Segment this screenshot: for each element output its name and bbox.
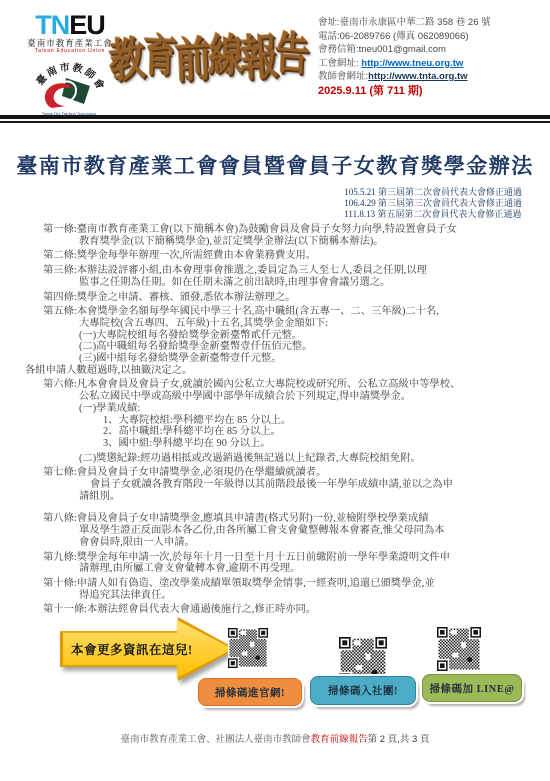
doc-line: 第七條:會員及會員子女申請獎學金,必須現仍在學繼續就讀者。 — [43, 467, 550, 479]
assoc-site-label: 教師會網址: — [318, 71, 368, 82]
contact-block: 會址:臺南市永康區中華二路 358 巷 26 號 電話:06-2089766 (… — [318, 16, 546, 98]
doc-line: 第二條:獎學金每學年辦理一次,所需經費由本會業務費支用。 — [43, 250, 550, 262]
header-divider — [0, 115, 550, 123]
document-body: 第一條:臺南市教育產業工會(以下簡稱本會)為鼓勵會員及會員子女努力向學,特設置會… — [0, 224, 550, 616]
doc-line: 第四條:獎學金之申請、審核、頒發,悉依本辦法辦理之。 — [43, 292, 550, 304]
doc-line: (一)學業成績: — [79, 403, 550, 415]
newsletter-page: TNEU 臺南市教育產業工會 Tainan Education Union 臺南… — [0, 0, 550, 781]
doc-line: (二)獎懲紀錄:經功過相抵或改過銷過後無記過以上紀錄者,大專院校組免附。 — [79, 453, 550, 465]
doc-line: 請辦理,由所屬工會支會彙轉本會,逾期不再受理。 — [79, 563, 550, 575]
more-info-arrow: 本會更多資訊在這兒! — [60, 617, 236, 681]
contact-phone: 電話:06-2089766 (傳真 062089066) — [318, 30, 546, 44]
doc-line: 各組申請人數超過時,以抽籤決定之。 — [25, 365, 550, 377]
qr-code-line — [436, 627, 482, 671]
issue-date: 2025.9.11 (第 711 期) — [318, 85, 546, 99]
doc-line: 第十一條:本辦法經會員代表大會通過後施行之,修正時亦同。 — [43, 604, 550, 616]
union-site-label: 工會網址: — [318, 58, 361, 69]
doc-line: 3、國中組:學科總平均在 90 分以上。 — [103, 438, 550, 450]
union-site-link[interactable]: http://www.tneu.org.tw — [361, 58, 463, 69]
doc-line: 大專院校(含五專四、五年級)十五名,其獎學金金額如下: — [79, 318, 550, 330]
union-site-row: 工會網址: http://www.tneu.org.tw — [318, 57, 546, 71]
amendment-history: 105.5.21 第三屆第二次會員代表大會修正通過 106.4.29 第三屆第三… — [344, 187, 522, 219]
doc-line: 1、大專院校組:學科總平均在 85 分以上。 — [103, 415, 550, 427]
doc-line: 會員子女就讀各教育階段一年級得以其前階段最後一年學年成績申請,並以之為申 — [90, 479, 550, 491]
assoc-site-link[interactable]: http://www.tnta.org.tw — [368, 71, 467, 82]
more-info-label: 本會更多資訊在這兒! — [71, 640, 193, 658]
doc-line: 會會員時,限由一人申請。 — [79, 537, 550, 549]
doc-line: 第六條:凡本會會員及會員子女,就讀於國內公私立大專院校或研究所、公私立高級中等學… — [43, 379, 550, 391]
contact-address: 會址:臺南市永康區中華二路 358 巷 26 號 — [318, 16, 546, 30]
teachers-association-logo: 臺南市教師會 Tainan City Teachers' Association — [26, 56, 112, 123]
scan-official-site-button[interactable]: 掃條碼進官網! — [198, 678, 302, 706]
doc-line: 第三條:本辦法設評審小組,由本會理事會推選之,委員定為三人至七人,委員之任期,以… — [43, 265, 550, 277]
amendment-line: 111.8.13 第五屆第二次會員代表大會修正通過 — [344, 209, 522, 220]
doc-line: 第五條:本會獎學金名額每學年國民中學三十名,高中職組(含五專一、二、三年級)二十… — [43, 306, 550, 318]
masthead-char: 線 — [208, 26, 235, 88]
doc-line: 公私立國民中學或高級中學國中部學年成績合於下列規定,得申請獎學金。 — [79, 391, 550, 403]
masthead-char: 報 — [239, 25, 271, 93]
scan-line-button[interactable]: 掃條碼加 LINE@ — [422, 674, 522, 702]
contact-email: 會務信箱:tneu001@gmail.com — [318, 43, 546, 57]
doc-line: 請組別。 — [79, 491, 550, 503]
doc-line: 第一條:臺南市教育產業工會(以下簡稱本會)為鼓勵會員及會員子女努力向學,特設置會… — [43, 224, 550, 236]
amendment-line: 105.5.21 第三屆第二次會員代表大會修正通過 — [344, 187, 522, 198]
masthead-title: 教育前線報告 — [105, 26, 316, 90]
masthead-char: 告 — [273, 23, 302, 86]
doc-line: 教育獎學金(以下簡稱獎學金),並訂定獎學金辦法(以下簡稱本辦法)。 — [79, 236, 550, 248]
page-footer: 臺南市教育產業工會、社團法人臺南市教師會教育前線報告第 2 頁,共 3 頁 — [0, 731, 550, 745]
masthead-char: 教 — [107, 29, 138, 95]
masthead-char: 育 — [142, 26, 169, 87]
doc-line: 第九條:獎學金每年申請一次,於每年十月一日至十月十五日前繳附前一學年學業證明文件… — [43, 552, 550, 564]
footer-report-name: 教育前線報告 — [311, 734, 368, 745]
assoc-site-row: 教師會網址:http://www.tnta.org.tw — [318, 70, 546, 84]
doc-line: (一)大專院校組每名發給獎學金新臺幣貳仟元整。 — [79, 330, 550, 342]
footer-orgs: 臺南市教育產業工會、社團法人臺南市教師會 — [121, 734, 311, 745]
doc-line: 得追究其法律責任。 — [79, 590, 550, 602]
scan-facebook-group-button[interactable]: 掃條碼入社團! — [310, 676, 416, 705]
doc-line: 單及學生證正反面影本各乙份,由各所屬工會支會彙整轉報本會審查,惟父母同為本 — [79, 525, 550, 537]
doc-line: 第八條:會員及會員子女申請獎學金,應填具申請書(格式另附)一份,並檢附學校學業成… — [43, 513, 550, 525]
tneu-eu: EU — [69, 10, 105, 40]
doc-line: (三)國中組每名發給獎學金新臺幣壹仟元整。 — [79, 353, 550, 365]
doc-line: 監事之任期為任期。如在任期未滿之前出缺時,由理事會會議另選之。 — [79, 277, 550, 289]
document-title: 臺南市教育產業工會會員暨會員子女教育獎學金辦法 — [0, 150, 550, 180]
doc-line: (二)高中職組每名發給獎學金新臺幣壹仟伍佰元整。 — [79, 341, 550, 353]
doc-line: 第十條:申請人如有偽造、塗改學業成績單領取獎學金情事,一經查明,追還已頒獎學金,… — [43, 578, 550, 590]
doc-line: 2、高中職組:學科總平均在 85 分以上。 — [103, 426, 550, 438]
qr-code-official-site — [228, 628, 268, 668]
footer-page-number: 第 2 頁,共 3 頁 — [368, 734, 430, 745]
masthead-char: 前 — [174, 28, 204, 94]
tneu-tn: TN — [35, 10, 69, 40]
amendment-line: 106.4.29 第三屆第三次會員代表大會修正通過 — [344, 198, 522, 209]
